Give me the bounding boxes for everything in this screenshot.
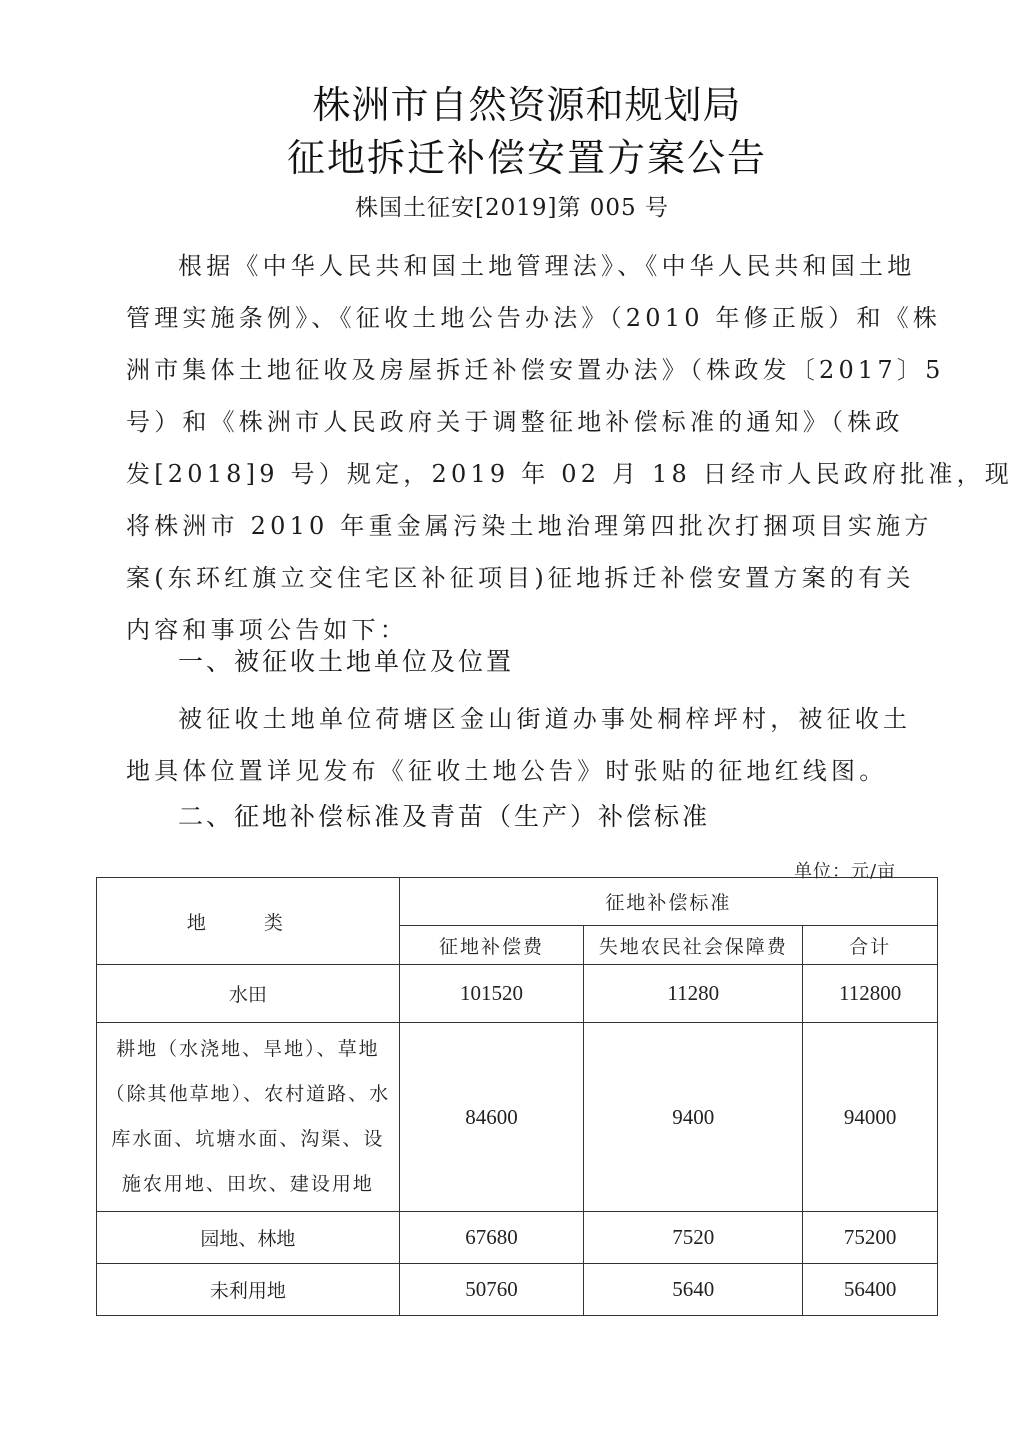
cell-compensation: 50760 [399, 1264, 583, 1316]
cell-compensation: 101520 [399, 965, 583, 1023]
cell-total: 56400 [803, 1264, 938, 1316]
table-header-row: 地 类 征地补偿标准 [97, 878, 938, 926]
document-number: 株国土征安[2019]第 005 号 [0, 192, 1024, 224]
table-row: 水田 101520 11280 112800 [97, 965, 938, 1023]
compensation-table: 地 类 征地补偿标准 征地补偿费 失地农民社会保障费 合计 水田 101520 … [96, 877, 938, 1316]
cell-land-type: 水田 [97, 965, 400, 1023]
header-total: 合计 [803, 926, 938, 965]
section2-heading: 二、征地补偿标准及青苗（生产）补偿标准 [178, 797, 710, 837]
table-row: 未利用地 50760 5640 56400 [97, 1264, 938, 1316]
header-social-security-fee: 失地农民社会保障费 [584, 926, 803, 965]
section1-line: 地具体位置详见发布《征收土地公告》时张贴的征地红线图。 [126, 745, 906, 797]
header-compensation-fee: 征地补偿费 [399, 926, 583, 965]
section1-heading: 一、被征收土地单位及位置 [178, 642, 514, 682]
cell-compensation: 84600 [399, 1023, 583, 1212]
cell-total: 75200 [803, 1212, 938, 1264]
cell-land-type: 耕地（水浇地、旱地）、草地（除其他草地）、农村道路、水库水面、坑塘水面、沟渠、设… [97, 1023, 400, 1212]
intro-line: 管理实施条例》、《征收土地公告办法》（2010 年修正版）和《株 [126, 292, 898, 344]
intro-line: 发[2018]9 号）规定，2019 年 02 月 18 日经市人民政府批准，现 [126, 448, 898, 500]
cell-total: 94000 [803, 1023, 938, 1212]
cell-social-security: 5640 [584, 1264, 803, 1316]
intro-line: 将株洲市 2010 年重金属污染土地治理第四批次打捆项目实施方 [126, 500, 898, 552]
cell-social-security: 9400 [584, 1023, 803, 1212]
section1-paragraph: 被征收土地单位荷塘区金山街道办事处桐梓坪村，被征收土 地具体位置详见发布《征收土… [126, 693, 906, 797]
intro-line: 号）和《株洲市人民政府关于调整征地补偿标准的通知》（株政 [126, 396, 898, 448]
cell-social-security: 7520 [584, 1212, 803, 1264]
intro-line: 根据《中华人民共和国土地管理法》、《中华人民共和国土地 [126, 240, 898, 292]
document-title-line1: 株洲市自然资源和规划局 [0, 82, 1024, 128]
cell-land-type: 园地、林地 [97, 1212, 400, 1264]
cell-total: 112800 [803, 965, 938, 1023]
intro-line: 洲市集体土地征收及房屋拆迁补偿安置办法》（株政发〔2017〕5 [126, 344, 898, 396]
cell-land-type: 未利用地 [97, 1264, 400, 1316]
intro-paragraph: 根据《中华人民共和国土地管理法》、《中华人民共和国土地 管理实施条例》、《征收土… [126, 240, 898, 656]
cell-compensation: 67680 [399, 1212, 583, 1264]
header-compensation-standard: 征地补偿标准 [399, 878, 937, 926]
section1-line: 被征收土地单位荷塘区金山街道办事处桐梓坪村，被征收土 [126, 693, 906, 745]
document-title-line2: 征地拆迁补偿安置方案公告 [0, 135, 1024, 181]
table-row: 耕地（水浇地、旱地）、草地（除其他草地）、农村道路、水库水面、坑塘水面、沟渠、设… [97, 1023, 938, 1212]
intro-line: 案(东环红旗立交住宅区补征项目)征地拆迁补偿安置方案的有关 [126, 552, 898, 604]
table-row: 园地、林地 67680 7520 75200 [97, 1212, 938, 1264]
header-land-type: 地 类 [97, 878, 400, 965]
cell-social-security: 11280 [584, 965, 803, 1023]
